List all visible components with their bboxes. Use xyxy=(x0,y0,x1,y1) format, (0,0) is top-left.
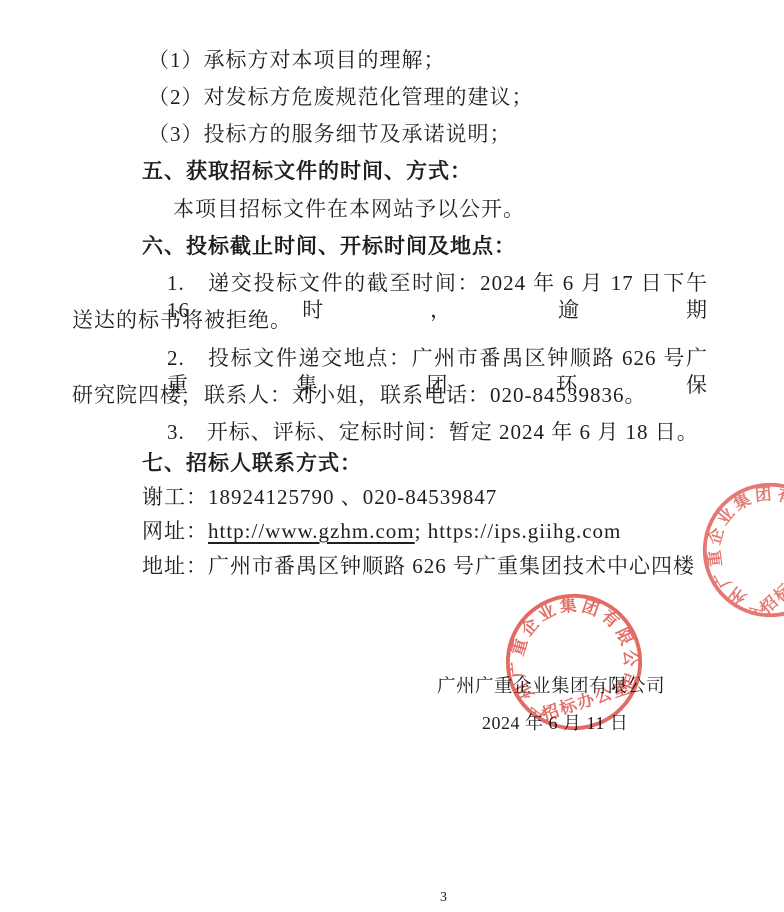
section-heading-6: 六、投标截止时间、开标时间及地点： xyxy=(142,233,516,260)
bid-deadline-line-2: 送达的标书将被拒绝。 xyxy=(72,307,292,334)
seal-office-text: 招标办公室 xyxy=(756,542,784,618)
document-page: （1）承标方对本项目的理解； （2）对发标方危废规范化管理的建议； （3）投标方… xyxy=(0,0,784,912)
seal-ring xyxy=(678,458,784,642)
section-heading-5: 五、获取招标文件的时间、方式： xyxy=(142,158,472,185)
file-access-paragraph: 本项目招标文件在本网站予以公开。 xyxy=(173,196,525,223)
svg-text:广州广重企业集团有限公司: 广州广重企业集团有限公司 xyxy=(489,577,653,729)
section-heading-7: 七、招标人联系方式： xyxy=(142,450,362,477)
clause-item-2: （2）对发标方危废规范化管理的建议； xyxy=(148,84,534,111)
bid-opening-line: 3. 开标、评标、定标时间：暂定 2024 年 6 月 18 日。 xyxy=(167,419,699,446)
seal-arc-text: 广州广重企业集团有限公司 xyxy=(489,577,653,729)
clause-item-1: （1）承标方对本项目的理解； xyxy=(148,47,446,74)
clause-item-3: （3）投标方的服务细节及承诺说明； xyxy=(148,121,512,148)
website-label: 网址： xyxy=(142,519,208,543)
contact-person-line: 谢工：18924125790 、020-84539847 xyxy=(142,484,497,511)
page-number: 3 xyxy=(440,890,447,906)
svg-text:广州广重企业集团有限公司: 广州广重企业集团有限公司 xyxy=(677,457,784,630)
signature-date: 2024 年 6 月 11 日 xyxy=(482,709,628,735)
secondary-url: ; https://ips.giihg.com xyxy=(415,519,622,543)
website-line: 网址：http://www.gzhm.com; https://ips.giih… xyxy=(142,518,621,545)
company-seal-edge: 广州广重企业集团有限公司 招标办公室 xyxy=(667,447,784,653)
company-signature: 广州广重企业集团有限公司 xyxy=(437,672,665,698)
gzhm-url-link[interactable]: http://www.gzhm.com xyxy=(208,519,415,543)
submission-address-line-2: 研究院四楼，联系人：刘小姐，联系电话：020-84539836。 xyxy=(72,382,647,409)
address-line: 地址：广州市番禺区钟顺路 626 号广重集团技术中心四楼 xyxy=(142,553,695,580)
seal-arc-text: 广州广重企业集团有限公司 xyxy=(677,457,784,630)
